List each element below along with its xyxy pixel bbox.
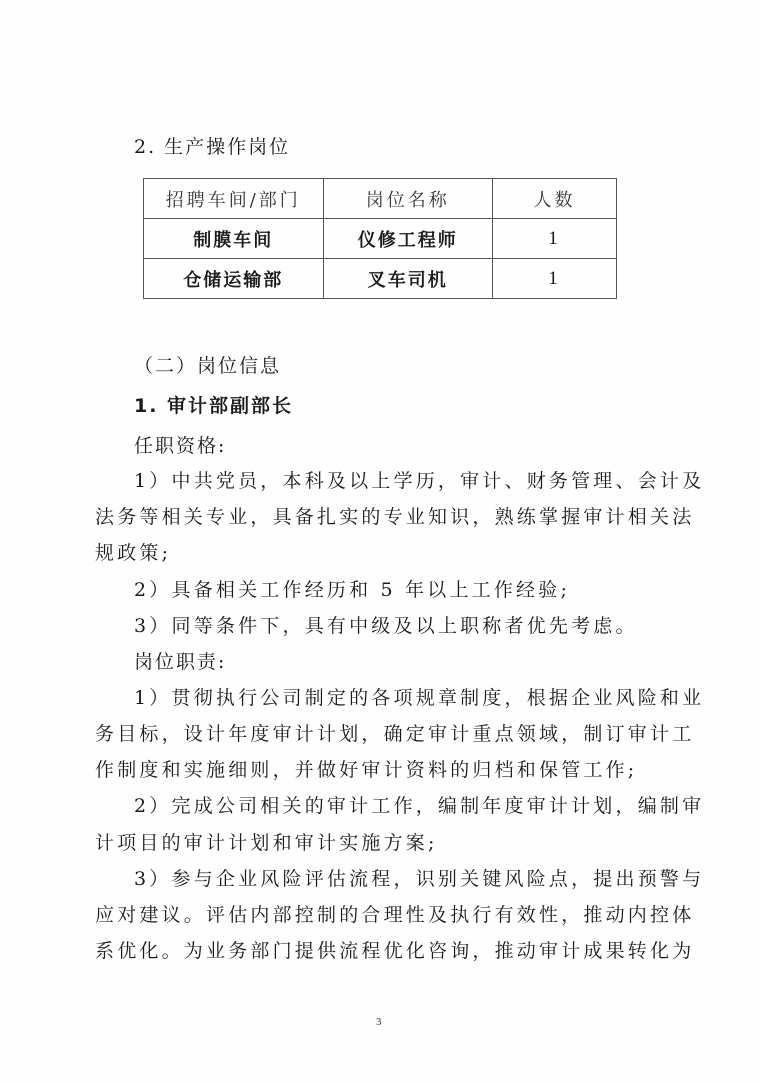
duty-line: 应对建议。评估内部控制的合理性及执行有效性，推动内控体 — [95, 903, 694, 927]
duty-line: 1）贯彻执行公司制定的各项规章制度，根据企业风险和业 — [134, 686, 704, 710]
qualification-line: 规政策; — [95, 541, 171, 565]
header-position: 岗位名称 — [323, 179, 493, 219]
header-department: 招聘车间/部门 — [144, 179, 324, 219]
cell-position: 仪修工程师 — [323, 219, 493, 259]
cell-count: 1 — [493, 259, 617, 299]
cell-position: 叉车司机 — [323, 259, 493, 299]
duty-line: 3）参与企业风险评估流程，识别关键风险点，提出预警与 — [134, 867, 704, 891]
qualification-line: 1）中共党员，本科及以上学历，审计、财务管理、会计及 — [134, 469, 704, 493]
cell-department: 仓储运输部 — [144, 259, 324, 299]
qualifications-label: 任职资格: — [134, 434, 226, 458]
sub-heading: （二）岗位信息 — [134, 354, 281, 378]
duty-line: 2）完成公司相关的审计工作，编制年度审计计划，编制审 — [134, 794, 704, 818]
job-title: 1. 审计部副部长 — [134, 394, 293, 418]
duty-line: 系优化。为业务部门提供流程优化咨询，推动审计成果转化为 — [95, 939, 694, 963]
page-number: 3 — [376, 1016, 382, 1028]
section-heading: 2. 生产操作岗位 — [134, 135, 290, 159]
duty-line: 务目标，设计年度审计计划，确定审计重点领域，制订审计工 — [95, 722, 694, 746]
duty-line: 计项目的审计计划和审计实施方案; — [95, 831, 438, 855]
duties-label: 岗位职责: — [134, 650, 226, 674]
table-row: 仓储运输部 叉车司机 1 — [144, 259, 617, 299]
qualification-line: 3）同等条件下，具有中级及以上职称者优先考虑。 — [134, 614, 638, 638]
recruitment-table: 招聘车间/部门 岗位名称 人数 制膜车间 仪修工程师 1 仓储运输部 叉车司机 … — [143, 178, 617, 299]
header-count: 人数 — [493, 179, 617, 219]
duty-line: 作制度和实施细则，并做好审计资料的归档和保管工作; — [95, 758, 637, 782]
qualification-line: 2）具备相关工作经历和 5 年以上工作经验; — [134, 578, 570, 602]
table-row: 制膜车间 仪修工程师 1 — [144, 219, 617, 259]
qualification-line: 法务等相关专业，具备扎实的专业知识，熟练掌握审计相关法 — [95, 505, 694, 529]
cell-department: 制膜车间 — [144, 219, 324, 259]
cell-count: 1 — [493, 219, 617, 259]
table-header-row: 招聘车间/部门 岗位名称 人数 — [144, 179, 617, 219]
document-page: 2. 生产操作岗位 招聘车间/部门 岗位名称 人数 制膜车间 仪修工程师 1 仓… — [0, 0, 760, 1083]
